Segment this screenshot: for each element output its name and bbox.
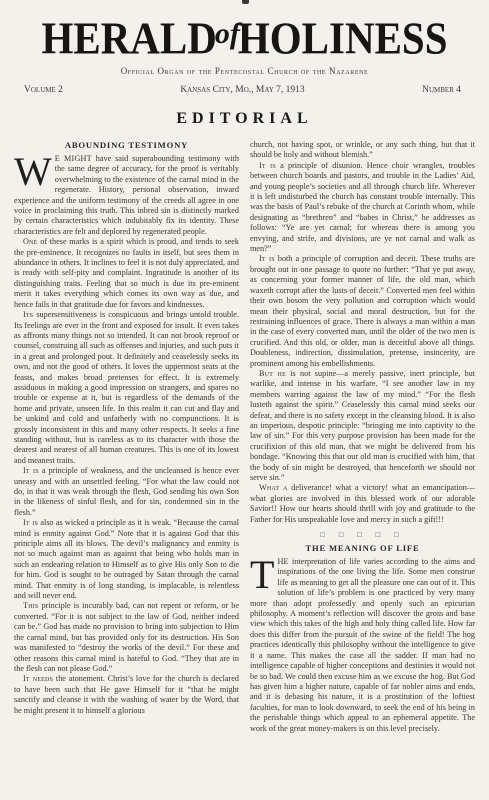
paragraph: It needs the atonement. Christ’s love fo… xyxy=(14,674,239,716)
paragraph-lead: It needs xyxy=(23,674,53,683)
paragraph-continuation: church, not having spot, or wrinkle, or … xyxy=(250,140,475,161)
masthead: HERALD of HOLINESS Official Organ of the… xyxy=(14,12,475,95)
paragraph-text: interpretation of life varies according … xyxy=(250,557,475,733)
masthead-title-herald: HERALD xyxy=(41,11,216,65)
paragraph-lead: HE xyxy=(277,557,288,566)
paragraph: Its supersensitiveness is conspicuous an… xyxy=(14,310,239,466)
paragraph-text: also as wicked a principle as it is weak… xyxy=(14,518,239,600)
paragraph: THE interpretation of life varies accord… xyxy=(250,557,475,734)
dateline: Kansas City, Mo., May 7, 1913 xyxy=(114,85,371,95)
paragraph: What a deliverance! what a victory! what… xyxy=(250,483,475,525)
paragraph: WE MIGHT have said superabounding testim… xyxy=(14,154,239,237)
paragraph-lead: Its xyxy=(23,310,33,319)
paragraph-text: supersensitiveness is conspicuous and br… xyxy=(14,310,239,465)
paragraph: It is a principle of weakness, and the u… xyxy=(14,466,239,518)
paragraph-text: is not supine—a merely passive, inert pr… xyxy=(250,369,475,482)
paragraph-lead: One xyxy=(23,237,38,246)
paragraph: It is a principle of disunion. Hence cho… xyxy=(250,161,475,255)
masthead-title: HERALD of HOLINESS xyxy=(14,12,475,64)
paragraph-lead: It is xyxy=(259,161,276,170)
masthead-title-holiness: HOLINESS xyxy=(238,11,448,65)
paragraph: It is both a principle of corruption and… xyxy=(250,254,475,368)
masthead-title-of: of xyxy=(215,17,240,51)
scanned-newspaper-page: { "masthead": { "title_part1": "HERALD",… xyxy=(0,0,489,800)
paragraph-lead: It is xyxy=(23,466,39,475)
article-columns: ABOUNDING TESTIMONY WE MIGHT have said s… xyxy=(14,140,475,792)
paragraph-lead: It is xyxy=(23,518,38,527)
paragraph: This principle is incurably bad, can not… xyxy=(14,601,239,674)
article-heading-meaning-of-life: THE MEANING OF LIFE xyxy=(250,543,475,553)
paragraph-lead: What a xyxy=(259,483,288,492)
paragraph-text: a principle of weakness, and the unclean… xyxy=(14,466,239,517)
paragraph-lead: It is xyxy=(259,254,275,263)
paragraph-text: of these marks is a spirit which is prou… xyxy=(14,237,239,308)
right-column: church, not having spot, or wrinkle, or … xyxy=(250,140,475,792)
paragraph-text: both a principle of corruption and decei… xyxy=(250,254,475,367)
paragraph: One of these marks is a spirit which is … xyxy=(14,237,239,310)
volume-label: Volume 2 xyxy=(24,85,114,95)
drop-cap-w: W xyxy=(14,154,55,187)
editorial-section-title: EDITORIAL xyxy=(14,110,475,128)
scan-artifact xyxy=(242,0,249,4)
left-column: ABOUNDING TESTIMONY WE MIGHT have said s… xyxy=(14,140,239,792)
paragraph-text: principle is incurably bad, can not repe… xyxy=(14,601,239,672)
masthead-subtitle: Official Organ of the Pentecostal Church… xyxy=(14,66,475,76)
drop-cap-t: T xyxy=(250,557,277,590)
paragraph-lead: E MIGHT xyxy=(55,154,92,163)
number-label: Number 4 xyxy=(371,85,461,95)
paragraph-lead: But he xyxy=(259,369,286,378)
issue-info-row: Volume 2 Kansas City, Mo., May 7, 1913 N… xyxy=(14,85,475,95)
paragraph-lead: This xyxy=(23,601,38,610)
paragraph-text: a principle of disunion. Hence choir wra… xyxy=(250,161,475,253)
paragraph: It is also as wicked a principle as it i… xyxy=(14,518,239,601)
section-divider-ornament: □ □ □ □ □ xyxy=(250,530,475,539)
paragraph: But he is not supine—a merely passive, i… xyxy=(250,369,475,483)
